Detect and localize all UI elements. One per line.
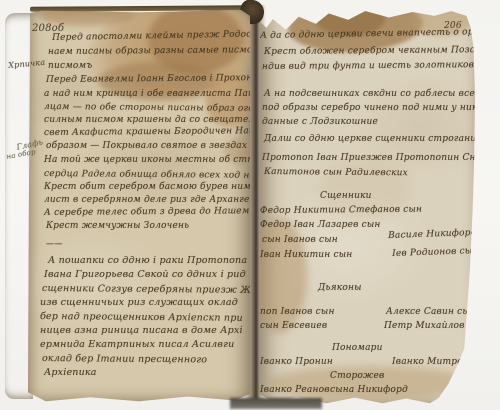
- manuscript-line: Петр Михайлов сын: [384, 322, 487, 332]
- manuscript-line: Пономари: [332, 344, 383, 354]
- manuscript-line: Дьяконы: [318, 284, 362, 294]
- manuscript-line: Перед Евангелми Іоанн Бгослов і Прохонам…: [46, 74, 272, 86]
- left-page-text: Перед апостолми клеймы презж Родословіен…: [28, 10, 250, 402]
- book-bottom-shadow: [230, 398, 322, 409]
- manuscript-line: Перед апостолми клеймы презж Родословіе: [52, 30, 277, 44]
- manuscript-line: Сторожев: [330, 372, 384, 382]
- manuscript-line: силным писмом крашены да со свещателем: [44, 116, 268, 126]
- manuscript-line: лист в серебряном деле риз где Архангело…: [44, 196, 267, 206]
- manuscript-line: Алексе Савин сын: [386, 308, 476, 318]
- manuscript-line: ндив вид три фунта и шесть золотников: [262, 61, 474, 73]
- manuscript-line: Іванко Митрофанов: [392, 358, 493, 368]
- manuscript-line: Далш со ддню церкве сщенники строгание: [264, 135, 482, 145]
- ink-speck: [312, 10, 317, 15]
- manuscript-line: ——: [46, 240, 62, 249]
- manuscript-line: ермнида Екатрпиных писал Асилвги: [40, 340, 234, 350]
- manuscript-line: данные с Лодзикошние: [262, 118, 378, 128]
- manuscript-line: Архіепика: [44, 368, 97, 378]
- manuscript-line: ницев азна риница писана в доме Архі: [40, 326, 243, 336]
- manuscript-line: сын Іванов сын: [262, 236, 338, 246]
- manuscript-line: Федор Никитина Стефанов сын: [260, 206, 422, 217]
- right-page: 206 А да со ддню церкви свечи внапчесть …: [260, 8, 475, 404]
- manuscript-line: наем писаны образы разны самые писмом: [48, 46, 260, 58]
- manuscript-line: сына Никифорд: [330, 386, 408, 396]
- manuscript-line: А да со ддню церкви свечи внапчесть о ор…: [260, 28, 500, 42]
- manuscript-line: оклад бер Ітании пресщенного: [42, 354, 207, 366]
- manuscript-line: Сщенники: [320, 192, 372, 202]
- manuscript-line: А пошапки со ддню і раки Протопопа: [48, 256, 247, 266]
- manuscript-line: А на подсвешниках свкдни со раблесы всех…: [264, 90, 500, 100]
- manuscript-line: бер над преосщенников Архіепскп при: [40, 312, 243, 324]
- manuscript-line: сын Евсевиев: [260, 322, 327, 332]
- manuscript-line: поп Іванов сын: [260, 308, 335, 318]
- manuscript-line: Іван Никитин сын: [260, 251, 352, 261]
- manuscript-line: Крест обложен серебром чеканным Позолот: [264, 46, 496, 58]
- manuscript-line: А серебре телес обит з древа до Нашем: [44, 207, 250, 219]
- left-page: 208об Перед апостолми клеймы презж Родос…: [28, 10, 250, 402]
- manuscript-line: Протопоп Іван Приезжев Протопопин Снова: [262, 154, 492, 164]
- manuscript-line: сердца Радела обнища обняло всех ход наш…: [44, 170, 277, 182]
- manuscript-line: Іванко Реанов: [260, 386, 330, 396]
- right-page-text: А да со ддню церкви свечи внапчесть о ор…: [260, 8, 475, 404]
- manuscript-line: Василе Никифоров: [388, 229, 482, 242]
- manuscript-scan: 208об Перед апостолми клеймы презж Родос…: [0, 0, 500, 410]
- manuscript-line: Іванко Пронин: [260, 358, 333, 368]
- manuscript-line: свет Акафиста крашены Бгородичен Наидем: [44, 127, 274, 139]
- manuscript-line: Капитонов сын Радилевских: [264, 168, 408, 179]
- manuscript-line: Іев Родионов сын: [392, 247, 479, 260]
- manuscript-line: Івана Григорьева Свкой со ддних і рид: [44, 270, 246, 280]
- manuscript-line: Крест жемчужны Золочень: [46, 222, 189, 232]
- manuscript-line: сщенники Согзув серебряны приезж Жга: [42, 284, 262, 296]
- manuscript-line: под образы серебро чинено под ними у ник…: [262, 104, 483, 114]
- manuscript-line: Федор Іван Лазарев сын: [260, 221, 381, 231]
- manuscript-line: изв сщенничьих риз служащих оклад: [40, 298, 238, 308]
- manuscript-line: писмомъ: [48, 62, 92, 72]
- manuscript-line: образом — Покрывало святое в звездах: [46, 142, 247, 152]
